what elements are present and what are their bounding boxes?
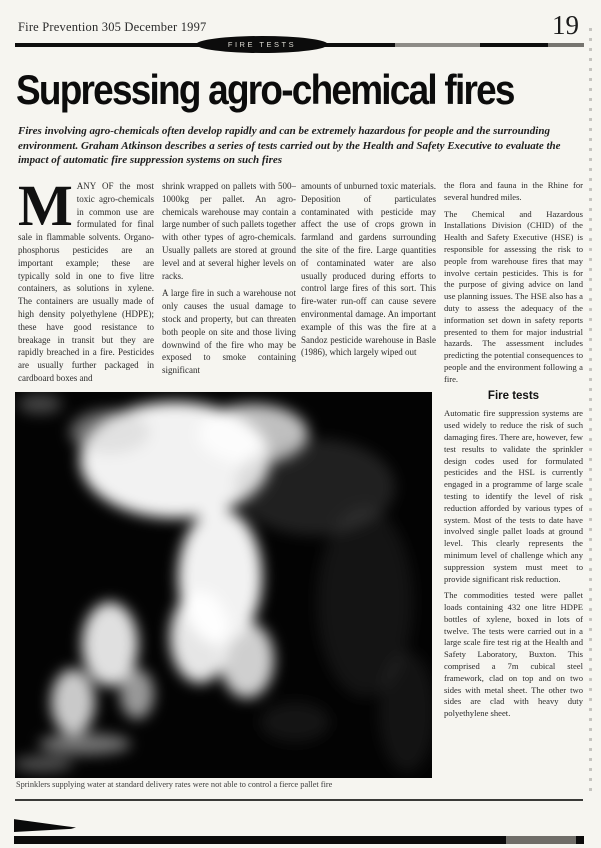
scan-edge-artifact — [589, 28, 592, 798]
column3-paragraph: amounts of unburned toxic materials. Dep… — [301, 180, 436, 359]
column4-paragraph: The commodities tested were pallet loads… — [444, 590, 583, 720]
column4-paragraph: Automatic fire suppression systems are u… — [444, 408, 583, 585]
fire-tests-subheading: Fire tests — [444, 391, 583, 403]
photo-caption: Sprinklers supplying water at standard d… — [16, 780, 436, 789]
body-column-2: shrink wrapped on pallets with 500–1000k… — [162, 180, 296, 390]
section-badge-label: FIRE TESTS — [228, 40, 296, 49]
page-bottom-bar — [14, 836, 584, 844]
drop-cap: M — [18, 180, 77, 230]
headline: Supressing agro-chemical fires — [16, 66, 514, 114]
body-column-4: the flora and fauna in the Rhine for sev… — [444, 180, 583, 779]
standfirst: Fires involving agro-chemicals often dev… — [18, 124, 574, 168]
section-badge: FIRE TESTS — [196, 36, 328, 53]
page-number: 19 — [552, 10, 579, 41]
column2-paragraph: shrink wrapped on pallets with 500–1000k… — [162, 180, 296, 282]
column2-paragraph: A large fire in such a warehouse not onl… — [162, 287, 296, 377]
magazine-page: Fire Prevention 305 December 1997 19 FIR… — [0, 0, 601, 848]
header-rule-fade — [548, 43, 584, 47]
footer-thin-rule — [15, 799, 583, 801]
body-column-3: amounts of unburned toxic materials. Dep… — [301, 180, 436, 390]
scan-smudge-artifact — [14, 818, 76, 832]
body-column-1: MANY OF the most toxic agro-chemicals in… — [18, 180, 154, 390]
column4-paragraph: The Chemical and Hazardous Installations… — [444, 209, 583, 386]
page-bottom-bar-fade — [506, 836, 576, 844]
journal-header: Fire Prevention 305 December 1997 — [18, 20, 207, 35]
column4-paragraph: the flora and fauna in the Rhine for sev… — [444, 180, 583, 204]
fire-test-photo — [15, 392, 432, 778]
header-rule-fade — [395, 43, 480, 47]
